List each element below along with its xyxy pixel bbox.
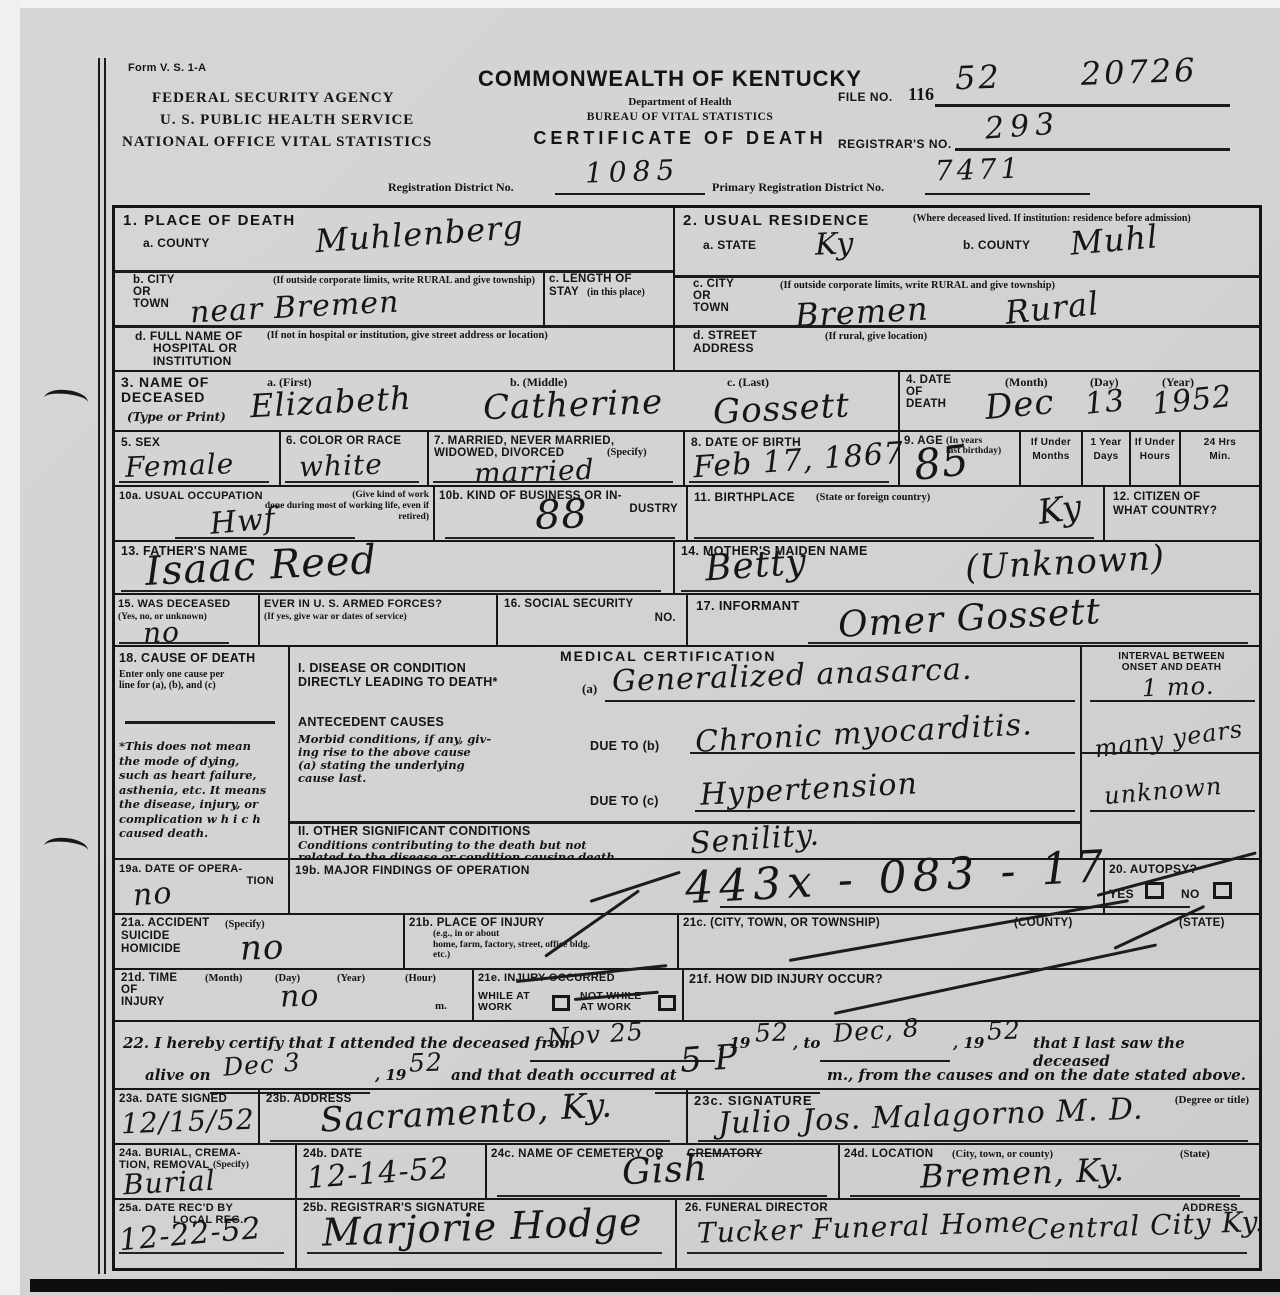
- interval-label: INTERVAL BETWEEN ONSET AND DEATH: [1090, 651, 1253, 673]
- occupation-field: 10a. USUAL OCCUPATION (Give kind of work…: [115, 487, 433, 542]
- last-name-label: c. (Last): [727, 375, 769, 390]
- age-under24h-min-col: 24 Hrs Min.: [1179, 432, 1259, 487]
- row-signature: 23a. DATE SIGNED 12/15/52 23b. ADDRESS S…: [115, 1088, 1259, 1143]
- write-line: [307, 1252, 662, 1254]
- row-service-informant: 15. WAS DECEASED (Yes, no, or unknown) n…: [115, 593, 1259, 645]
- age-under24h-hours-col: If Under Hours: [1129, 432, 1179, 487]
- row-injury-2: 21d. TIME OF INJURY (Month) (Day) (Year)…: [115, 968, 1259, 1020]
- autopsy-yes-checkbox: [1145, 882, 1164, 899]
- injury-month-label: (Month): [205, 973, 242, 984]
- write-line: [681, 590, 1251, 592]
- cert-text-3: , to: [793, 1034, 820, 1052]
- date-received-value: 12-22-52: [118, 1214, 263, 1256]
- major-findings-field: 19b. MAJOR FINDINGS OF OPERATION 443x - …: [288, 860, 1103, 915]
- due-to-c-value: Hypertension: [699, 769, 918, 810]
- autopsy-no-label: NO: [1181, 887, 1200, 901]
- father-name-field: 13. FATHER'S NAME Isaac Reed: [115, 542, 673, 595]
- mother-value: Betty: [704, 544, 808, 587]
- scan-top-margin: [0, 0, 1280, 8]
- registration-district-label: Registration District No.: [388, 180, 514, 195]
- cemetery-location-value: Bremen, Ky.: [920, 1153, 1126, 1192]
- registrar-no-label: REGISTRAR'S NO.: [838, 137, 952, 151]
- funeral-director-value: Tucker Funeral Home: [697, 1208, 1029, 1248]
- age-under1yr-months-col: If Under Months: [1019, 432, 1081, 487]
- time-of-injury-value: no: [279, 981, 319, 1012]
- operation-date-label-2: TION: [247, 875, 274, 887]
- cemetery-field: 24c. NAME OF CEMETERY OR CREMATORY Gish: [485, 1145, 838, 1200]
- occupation-note: (Give kind of work done during most of w…: [123, 490, 429, 523]
- cert-year-1-value: 52: [755, 1019, 790, 1045]
- due-to-b-value: Chronic myocarditis.: [694, 710, 1033, 758]
- city-town-note: (If outside corporate limits, write RURA…: [215, 275, 535, 286]
- ssn-label-2: NO.: [655, 612, 676, 624]
- bottom-scan-bar: [30, 1279, 1280, 1292]
- operation-date-label: 19a. DATE OF OPERA-: [119, 863, 242, 875]
- date-received-label: 25a. DATE REC'D BY: [119, 1202, 233, 1214]
- cert-alive-on-value: Dec 3: [222, 1049, 301, 1079]
- write-line: [119, 642, 229, 644]
- ever-in-forces-label: EVER IN U. S. ARMED FORCES?: [264, 598, 442, 610]
- informant-field: 17. INFORMANT Omer Gossett: [686, 595, 1259, 647]
- col-header: If Under Hours: [1131, 436, 1179, 464]
- sex-value: Female: [125, 450, 235, 482]
- father-value: Isaac Reed: [144, 540, 378, 592]
- major-findings-label: 19b. MAJOR FINDINGS OF OPERATION: [295, 863, 530, 877]
- write-line: [119, 481, 269, 483]
- primary-district-label: Primary Registration District No.: [712, 180, 884, 195]
- cause-note-2: *This does not mean the mode of dying, s…: [119, 739, 266, 841]
- section1-title: 1. PLACE OF DEATH: [123, 212, 296, 229]
- write-line: [497, 1195, 827, 1197]
- burial-date-value: 12-14-52: [306, 1154, 451, 1194]
- certificate-form: 1. PLACE OF DEATH a. COUNTY Muhlenberg b…: [112, 205, 1262, 1271]
- length-of-stay-field: c. LENGTH OF STAY (in this place): [543, 270, 673, 325]
- accident-field: 21a. ACCIDENT SUICIDE HOMICIDE (Specify)…: [115, 915, 403, 970]
- business-field: 10b. KIND OF BUSINESS OR IN- DUSTRY 88: [433, 487, 686, 542]
- other-conditions-value: Senility.: [689, 821, 821, 860]
- name-label: 3. NAME OF DECEASED: [121, 375, 209, 405]
- city-town-value: near Bremen: [189, 288, 400, 329]
- write-line: [698, 1140, 1248, 1142]
- cause-of-death-section: 18. CAUSE OF DEATH Enter only one cause …: [115, 647, 288, 860]
- informant-value: Omer Gossett: [837, 594, 1102, 644]
- operation-date-value: no: [132, 879, 173, 912]
- file-no-value: 52 20726: [955, 54, 1199, 94]
- medical-certification-section: MEDICAL CERTIFICATION I. DISEASE OR COND…: [288, 647, 1080, 860]
- informant-label: 17. INFORMANT: [696, 598, 800, 613]
- row-medical-certification: 18. CAUSE OF DEATH Enter only one cause …: [115, 645, 1259, 858]
- residence-rural-value: Rural: [1004, 287, 1101, 329]
- hospital-note: (If not in hospital or institution, give…: [267, 330, 657, 341]
- place-of-injury-label: 21b. PLACE OF INJURY: [409, 917, 544, 929]
- write-line: [690, 752, 1075, 754]
- scan-left-margin: [0, 0, 20, 1295]
- cert-year-2-value: 52: [987, 1017, 1022, 1043]
- cert-text-6: alive on: [145, 1066, 211, 1084]
- injury-hour-label: (Hour): [405, 973, 436, 984]
- cert-attended-to-value: Dec, 8: [832, 1015, 920, 1046]
- cert-text-9: m., from the causes and on the date stat…: [827, 1066, 1246, 1084]
- cert-text-1: 22. I hereby certify that I attended the…: [123, 1034, 575, 1052]
- bureau-line: BUREAU OF VITAL STATISTICS: [540, 111, 820, 123]
- signature-note: (Degree or title): [1175, 1094, 1249, 1106]
- primary-district-value: 7471: [935, 154, 1023, 185]
- ever-in-forces-note: (If yes, give war or dates of service): [264, 612, 407, 622]
- row-burial: 24a. BURIAL, CREMA- TION, REMOVAL (Speci…: [115, 1143, 1259, 1198]
- middle-name-value: Catherine: [482, 385, 663, 425]
- street-address-label: d. STREET ADDRESS: [693, 329, 757, 355]
- write-line: [820, 1060, 950, 1062]
- registrar-signature-field: 25b. REGISTRAR'S SIGNATURE Marjorie Hodg…: [295, 1200, 675, 1270]
- registration-district-line: [555, 193, 705, 195]
- interval-section: INTERVAL BETWEEN ONSET AND DEATH 1 mo. m…: [1080, 647, 1259, 860]
- registration-district-value: 1085: [585, 156, 681, 187]
- interval-c-value: unknown: [1103, 774, 1223, 808]
- age-field: 9. AGE (In years last birthday) 85: [898, 432, 1019, 487]
- dod-day-value: 13: [1084, 386, 1127, 420]
- divider: [675, 325, 1261, 328]
- write-line: [1090, 810, 1255, 812]
- how-injury-label: 21f. HOW DID INJURY OCCUR?: [689, 972, 883, 986]
- was-deceased-label: 15. WAS DECEASED: [118, 598, 230, 610]
- margin-check-mark: [43, 388, 89, 412]
- date-of-operation-field: 19a. DATE OF OPERA- TION no: [115, 860, 288, 915]
- city-town-label: b. CITY OR TOWN: [133, 274, 175, 310]
- col-header: 1 Year Days: [1083, 436, 1129, 464]
- usual-residence-section: 2. USUAL RESIDENCE (Where deceased lived…: [673, 208, 1259, 370]
- file-no-prefix: 116: [908, 84, 934, 105]
- accident-label: 21a. ACCIDENT SUICIDE HOMICIDE: [121, 917, 209, 956]
- birthplace-note: (State or foreign country): [816, 492, 930, 503]
- write-line: [850, 1195, 1240, 1197]
- length-of-stay-note: (in this place): [587, 287, 645, 298]
- cert-time-value: 5 P: [679, 1040, 740, 1078]
- business-label-2: DUSTRY: [629, 503, 678, 515]
- primary-district-line: [925, 193, 1090, 195]
- while-at-work-checkbox: [552, 995, 570, 1011]
- dod-year-value: 1952: [1151, 382, 1234, 420]
- form-number: Form V. S. 1-A: [128, 62, 206, 74]
- place-of-injury-field: 21b. PLACE OF INJURY (e.g., in or about …: [403, 915, 677, 970]
- date-of-birth-field: 8. DATE OF BIRTH Feb 17, 1867: [683, 432, 898, 487]
- place-of-injury-note: (e.g., in or about home, farm, factory, …: [433, 929, 673, 961]
- residence-county-label: b. COUNTY: [963, 238, 1030, 252]
- last-name-value: Gossett: [712, 388, 851, 429]
- residence-state-label: a. STATE: [703, 238, 756, 252]
- citizen-field: 12. CITIZEN OF WHAT COUNTRY?: [1103, 487, 1259, 542]
- sex-label: 5. SEX: [121, 435, 160, 449]
- registrar-signature-value: Marjorie Hodge: [321, 1202, 643, 1251]
- citizen-label: 12. CITIZEN OF WHAT COUNTRY?: [1113, 490, 1217, 518]
- accident-value: no: [239, 930, 285, 966]
- autopsy-no-checkbox: [1213, 882, 1232, 899]
- injury-city-label: 21c. (CITY, TOWN, OR TOWNSHIP): [683, 917, 880, 929]
- row-place-residence: 1. PLACE OF DEATH a. COUNTY Muhlenberg b…: [115, 208, 1259, 370]
- cert-text-4: , 19: [953, 1034, 984, 1052]
- date-signed-field: 23a. DATE SIGNED 12/15/52: [115, 1090, 258, 1145]
- ssn-field: 16. SOCIAL SECURITY NO.: [496, 595, 686, 647]
- cemetery-state-note: (State): [1180, 1149, 1210, 1160]
- divider: [115, 325, 673, 328]
- mother-value-2: (Unknown): [964, 541, 1166, 585]
- ssn-label: 16. SOCIAL SECURITY: [504, 598, 633, 610]
- department-line: Department of Health: [560, 96, 800, 108]
- race-field: 6. COLOR OR RACE white: [279, 432, 427, 487]
- while-at-work-label: WHILE AT WORK: [478, 991, 530, 1013]
- birthplace-value: Ky: [1036, 490, 1085, 530]
- cemetery-value: Gish: [621, 1151, 709, 1191]
- county-label: a. COUNTY: [143, 236, 210, 250]
- write-line: [694, 537, 1094, 539]
- injury-m-label: m.: [435, 1000, 447, 1012]
- residence-state-value: Ky: [814, 229, 854, 260]
- certification-statement: 22. I hereby certify that I attended the…: [115, 1020, 1259, 1088]
- divider: [125, 721, 275, 724]
- cert-text-7: , 19: [375, 1066, 406, 1084]
- autopsy-label: 20. AUTOPSY?: [1109, 862, 1197, 876]
- col-header: 24 Hrs Min.: [1181, 436, 1259, 464]
- occupation-value: Hwf: [209, 504, 277, 540]
- write-line: [1082, 752, 1259, 754]
- burial-note: (Specify): [213, 1160, 249, 1170]
- antecedent-label: ANTECEDENT CAUSES: [298, 715, 444, 729]
- armed-forces-field-a: 15. WAS DECEASED (Yes, no, or unknown) n…: [115, 595, 258, 647]
- dod-month-value: Dec: [984, 385, 1056, 425]
- write-line: [687, 1252, 1247, 1254]
- due-to-b-tag: DUE TO (b): [590, 739, 659, 753]
- business-label: 10b. KIND OF BUSINESS OR IN-: [439, 490, 622, 502]
- how-injury-occurred-field: 21f. HOW DID INJURY OCCUR?: [682, 970, 1259, 1022]
- race-value: white: [299, 451, 384, 482]
- physician-address-field: 23b. ADDRESS Sacramento, Ky.: [258, 1090, 686, 1145]
- disease-a-tag: (a): [582, 681, 597, 697]
- disease-label: I. DISEASE OR CONDITION DIRECTLY LEADING…: [298, 661, 498, 689]
- write-line: [433, 481, 673, 483]
- cause-note-1: Enter only one cause per line for (a), (…: [119, 669, 224, 691]
- marital-status-field: 7. MARRIED, NEVER MARRIED, WIDOWED, DIVO…: [427, 432, 683, 487]
- burial-value: Burial: [122, 1167, 216, 1200]
- physician-signature-field: 23c. SIGNATURE (Degree or title) Julio J…: [686, 1090, 1259, 1145]
- write-line: [695, 810, 1075, 812]
- row-name-dod: 3. NAME OF DECEASED (Type or Print) a. (…: [115, 370, 1259, 430]
- row-registrar: 25a. DATE REC'D BY LOCAL REG. 12-22-52 2…: [115, 1198, 1259, 1268]
- left-double-rule-inner: [104, 58, 106, 1274]
- sex-field: 5. SEX Female: [115, 432, 279, 487]
- write-line: [119, 1252, 284, 1254]
- agency-line-3: NATIONAL OFFICE VITAL STATISTICS: [122, 134, 432, 151]
- burial-field: 24a. BURIAL, CREMA- TION, REMOVAL (Speci…: [115, 1145, 295, 1200]
- type-or-print-note: (Type or Print): [127, 410, 226, 424]
- birthplace-label: 11. BIRTHPLACE: [694, 490, 795, 504]
- interval-b-value: many years: [1093, 717, 1244, 762]
- cert-text-5: that I last saw the deceased: [1033, 1034, 1259, 1070]
- date-signed-value: 12/15/52: [121, 1106, 256, 1139]
- name-of-deceased-field: 3. NAME OF DECEASED (Type or Print) a. (…: [115, 372, 898, 432]
- mother-name-field: 14. MOTHER'S MAIDEN NAME Betty (Unknown): [673, 542, 1259, 595]
- write-line: [121, 590, 661, 592]
- margin-check-mark: [43, 836, 89, 860]
- county-value: Muhlenberg: [314, 211, 525, 257]
- marital-note: (Specify): [607, 447, 647, 458]
- hospital-label-2: HOSPITAL OR INSTITUTION: [153, 342, 237, 368]
- age-value: 85: [912, 439, 972, 487]
- divider: [675, 275, 1261, 278]
- row-demographics: 5. SEX Female 6. COLOR OR RACE white 7. …: [115, 430, 1259, 485]
- file-no-label: FILE NO.: [838, 90, 893, 104]
- cert-text-8: and that death occurred at: [451, 1066, 677, 1084]
- cemetery-location-field: 24d. LOCATION (City, town, or county) (S…: [838, 1145, 1259, 1200]
- armed-forces-field-b: EVER IN U. S. ARMED FORCES? (If yes, giv…: [258, 595, 496, 647]
- date-received-field: 25a. DATE REC'D BY LOCAL REG. 12-22-52: [115, 1200, 295, 1270]
- write-line: [270, 1140, 670, 1142]
- age-under1yr-days-col: 1 Year Days: [1081, 432, 1129, 487]
- street-address-note: (If rural, give location): [825, 331, 927, 342]
- file-no-line: [935, 104, 1230, 107]
- time-of-injury-field: 21d. TIME OF INJURY (Month) (Day) (Year)…: [115, 970, 472, 1022]
- marital-value: married: [474, 456, 595, 488]
- injury-occurred-field: 21e. INJURY OCCURRED WHILE AT WORK NOT W…: [472, 970, 682, 1022]
- birthplace-field: 11. BIRTHPLACE (State or foreign country…: [686, 487, 1103, 542]
- date-of-death-field: 4. DATE OF DEATH (Month) (Day) (Year) De…: [898, 372, 1259, 432]
- row-occupation: 10a. USUAL OCCUPATION (Give kind of work…: [115, 485, 1259, 540]
- injury-location-field: 21c. (CITY, TOWN, OR TOWNSHIP) (COUNTY) …: [677, 915, 1259, 970]
- document-title: COMMONWEALTH OF KENTUCKY: [455, 66, 885, 92]
- cert-year-3-value: 52: [409, 1049, 444, 1075]
- residence-county-value: Muhl: [1069, 220, 1160, 260]
- dod-label: 4. DATE OF DEATH: [906, 374, 951, 410]
- row-parents: 13. FATHER'S NAME Isaac Reed 14. MOTHER'…: [115, 540, 1259, 593]
- registrar-no-line: [955, 148, 1230, 151]
- left-double-rule-outer: [98, 58, 100, 1274]
- autopsy-field: 20. AUTOPSY? YES NO: [1103, 860, 1259, 915]
- due-to-c-tag: DUE TO (c): [590, 794, 659, 808]
- injury-state-label: (STATE): [1179, 917, 1225, 929]
- interval-a-value: 1 mo.: [1142, 674, 1215, 701]
- write-line: [808, 642, 1248, 644]
- agency-line-2: U. S. PUBLIC HEALTH SERVICE: [160, 112, 414, 129]
- physician-address-value: Sacramento, Ky.: [319, 1088, 613, 1137]
- write-line: [605, 700, 1075, 702]
- place-of-death-section: 1. PLACE OF DEATH a. COUNTY Muhlenberg b…: [115, 208, 673, 370]
- other-conditions-label: II. OTHER SIGNIFICANT CONDITIONS: [298, 824, 531, 838]
- cert-attended-from-value: Nov 25: [546, 1019, 644, 1051]
- business-value: 88: [534, 494, 588, 536]
- not-while-at-work-checkbox: [658, 995, 676, 1011]
- write-line: [1090, 700, 1255, 702]
- write-line: [689, 481, 889, 483]
- injury-year-label: (Year): [337, 973, 365, 984]
- agency-line-1: FEDERAL SECURITY AGENCY: [152, 90, 395, 107]
- first-name-value: Elizabeth: [249, 382, 412, 422]
- funeral-director-field: 26. FUNERAL DIRECTOR ADDRESS Tucker Fune…: [675, 1200, 1259, 1270]
- race-label: 6. COLOR OR RACE: [286, 435, 401, 447]
- certificate-title: CERTIFICATE OF DEATH: [520, 128, 840, 149]
- other-conditions-note: Conditions contributing to the death but…: [298, 839, 619, 860]
- row-operation: 19a. DATE OF OPERA- TION no 19b. MAJOR F…: [115, 858, 1259, 913]
- time-of-injury-label: 21d. TIME OF INJURY: [121, 972, 177, 1008]
- registrar-no-value: 293: [984, 109, 1061, 144]
- col-header: If Under Months: [1021, 436, 1081, 464]
- write-line: [445, 537, 675, 539]
- antecedent-note: Morbid conditions, if any, giv- ing rise…: [298, 733, 491, 785]
- pen-stroke: [590, 871, 681, 903]
- cause-label: 18. CAUSE OF DEATH: [119, 651, 255, 665]
- burial-date-field: 24b. DATE 12-14-52: [295, 1145, 485, 1200]
- write-line: [285, 481, 419, 483]
- funeral-address-value: Central City Ky.: [1027, 1208, 1266, 1244]
- residence-city-label: c. CITY OR TOWN: [693, 278, 734, 314]
